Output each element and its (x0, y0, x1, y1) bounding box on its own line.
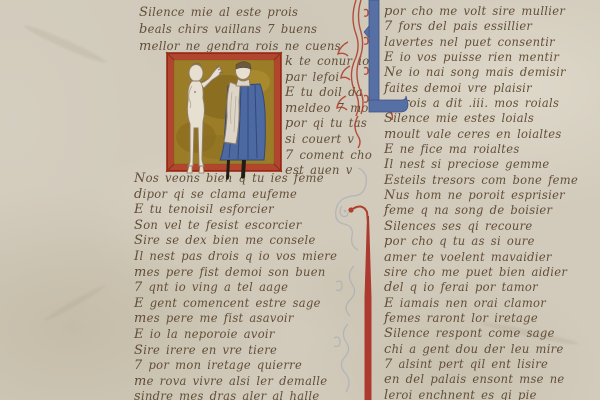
manuscript-text-line: Son vel te fesist escorcier (134, 218, 337, 234)
manuscript-text-line: lavertes nel puet consentir (384, 35, 578, 51)
manuscript-text-line: E ne fice ma roialtes (384, 142, 578, 158)
manuscript-text-line: leroi enchnent es qi pie (384, 387, 578, 400)
manuscript-text-line: femes raront lor iretage (384, 311, 578, 327)
manuscript-text-line: 7 fors del pais essillier (384, 19, 578, 35)
manuscript-text-line: Esteils tresors com bone feme (384, 173, 578, 189)
manuscript-text-line: E tu tenoisil esforcier (134, 202, 337, 218)
initial-letter-body (364, 0, 408, 112)
miniature-illustration (166, 52, 282, 182)
manuscript-text-line: beals chirs vaillans 7 buens (139, 21, 341, 38)
manuscript-text-line: E iamais nen orai clamor (384, 295, 578, 311)
manuscript-text-line: E io la neporoie avoir (134, 327, 337, 343)
manuscript-text-line: Sire irere en vre tiere (134, 342, 337, 358)
manuscript-text-line: dipor qi se clama eufeme (134, 186, 337, 202)
manuscript-text-line: mes pere fist demoi son buen (134, 264, 337, 280)
manuscript-text-line: moult vale ceres en loialtes (384, 127, 578, 143)
manuscript-text-line: amer te voelent mavaidier (384, 249, 578, 265)
manuscript-text-line: del q io ferai por tamor (384, 280, 578, 296)
manuscript-text-line: Silences ses qi recoure (384, 219, 578, 235)
manuscript-text-line: faites demoi vre plaisir (384, 81, 578, 97)
left-column-opening-lines: Silence mie al este proisbeals chirs vai… (139, 4, 341, 55)
manuscript-text-line: Sire se dex bien me consele (134, 233, 337, 249)
manuscript-text-line: por cho me volt sire mullier (384, 4, 578, 20)
manuscript-text-line: E gent comencent estre sage (134, 296, 337, 312)
left-column-lower-lines: Nos veons bien q tu ies femedipor qi se … (134, 171, 337, 400)
manuscript-text-line: en del palais ensont mse ne (384, 372, 578, 388)
manuscript-text-line: Silence mie estes loials (384, 111, 578, 127)
manuscript-text-line: por cho q tu as si oure (384, 234, 578, 250)
manuscript-text-line: me rova vivre alsi ler demalle (134, 374, 337, 390)
manuscript-text-line: 7 alsint pert qil ent lisire (384, 357, 578, 373)
manuscript-text-line: chi a gent dou der leu mire (384, 341, 578, 357)
plummet-doodle (328, 162, 374, 400)
manuscript-text-line: mes pere me fist asavoir (134, 311, 337, 327)
manuscript-text-line: 7 coment cho (285, 147, 373, 163)
manuscript-text-line: E io vos puisse rien mentir (384, 50, 578, 66)
manuscript-text-line: sindre mes dras aler al halle (134, 389, 337, 400)
manuscript-text-line: sire cho me puet bien aidier (384, 265, 578, 281)
manuscript-text-line: 7 qnt io ving a tel aage (134, 280, 337, 296)
manuscript-text-line: Nus hom ne poroit esprisier (384, 188, 578, 204)
manuscript-text-line: rois a dit .iii. mos roials (403, 96, 578, 112)
manuscript-text-line: feme q na song de boisier (384, 203, 578, 219)
illuminated-initial-L (334, 0, 412, 148)
manuscript-text-line: Il nest si preciose gemme (384, 157, 578, 173)
right-column-lines: por cho me volt sire mullier7 fors del p… (384, 4, 578, 400)
manuscript-text-line: 7 por mon iretage quierre (134, 358, 337, 374)
red-penwork-flourish (337, 0, 392, 148)
manuscript-text-line: Ne io nai song mais demisir (384, 65, 578, 81)
manuscript-text-line: Silence mie al este prois (139, 4, 341, 21)
manuscript-text-line: Silence respont come sage (384, 326, 578, 342)
manuscript-text-line: Il nest pas drois q io vos miere (134, 249, 337, 265)
